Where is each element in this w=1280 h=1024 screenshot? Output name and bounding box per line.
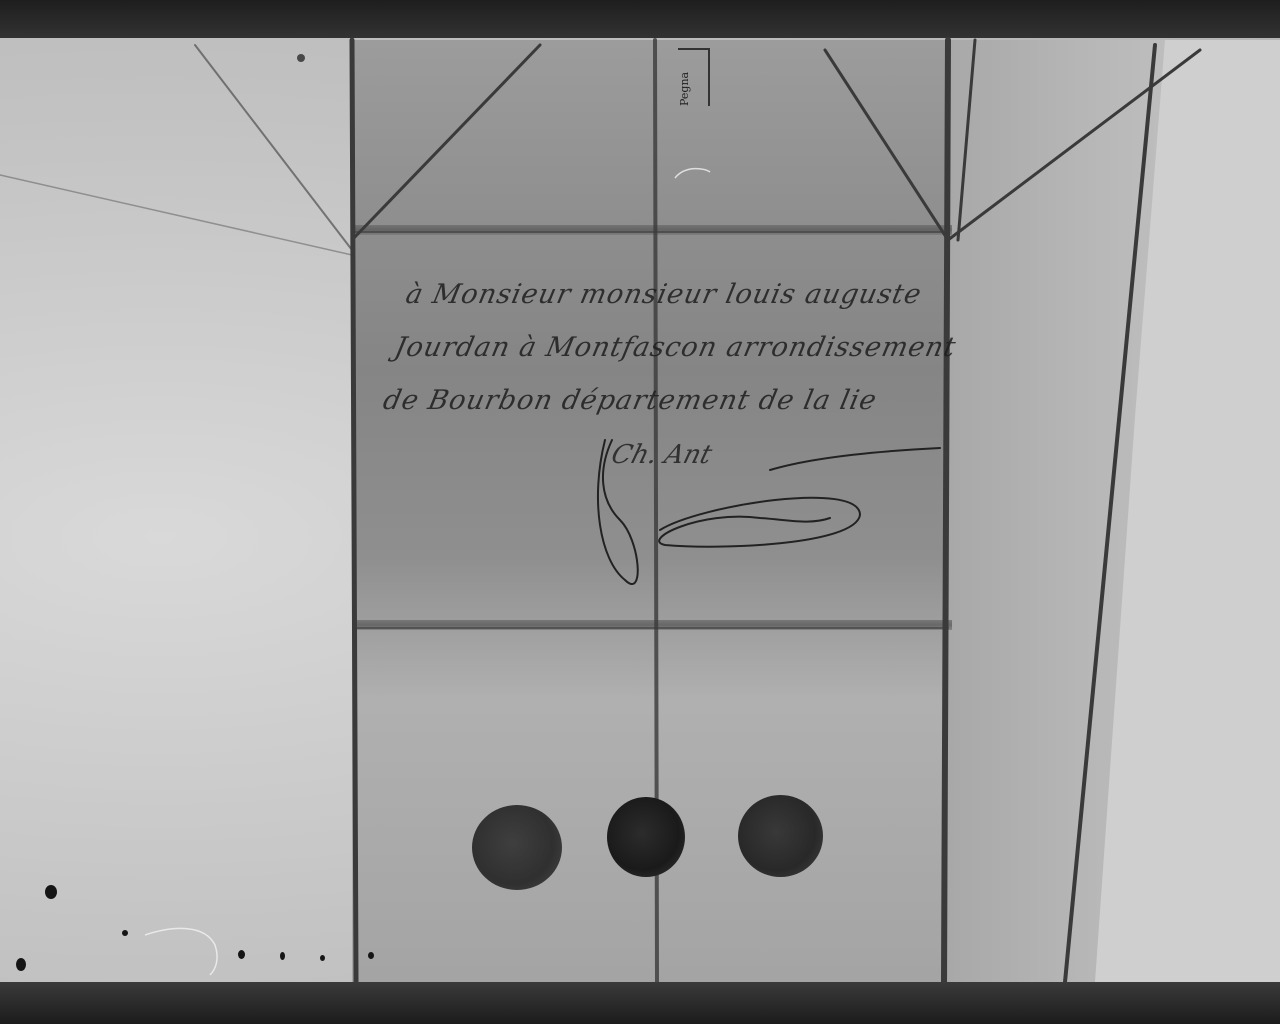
signature: Ch. Ant [608,440,715,470]
address-line-3: de Bourbon département de la lie [378,374,939,427]
ink-spot [238,950,245,959]
ink-spot [368,952,374,959]
address-block: à Monsieur monsieur louis auguste Jourda… [378,268,962,427]
ink-spot [16,958,26,971]
ink-spot [280,952,285,960]
ink-spot [320,955,325,961]
scanner-frame-bottom [0,982,1280,1024]
seal-left [472,805,562,890]
ink-spot [45,885,57,899]
address-line-1: à Monsieur monsieur louis auguste [401,268,962,321]
ink-spot [297,54,305,62]
seal-middle [607,797,685,877]
tab-note: Pegna [678,48,710,106]
seal-right [738,795,823,877]
address-line-2: Jourdan à Montfascon arrondissement [389,321,950,374]
ink-spot [122,930,128,936]
